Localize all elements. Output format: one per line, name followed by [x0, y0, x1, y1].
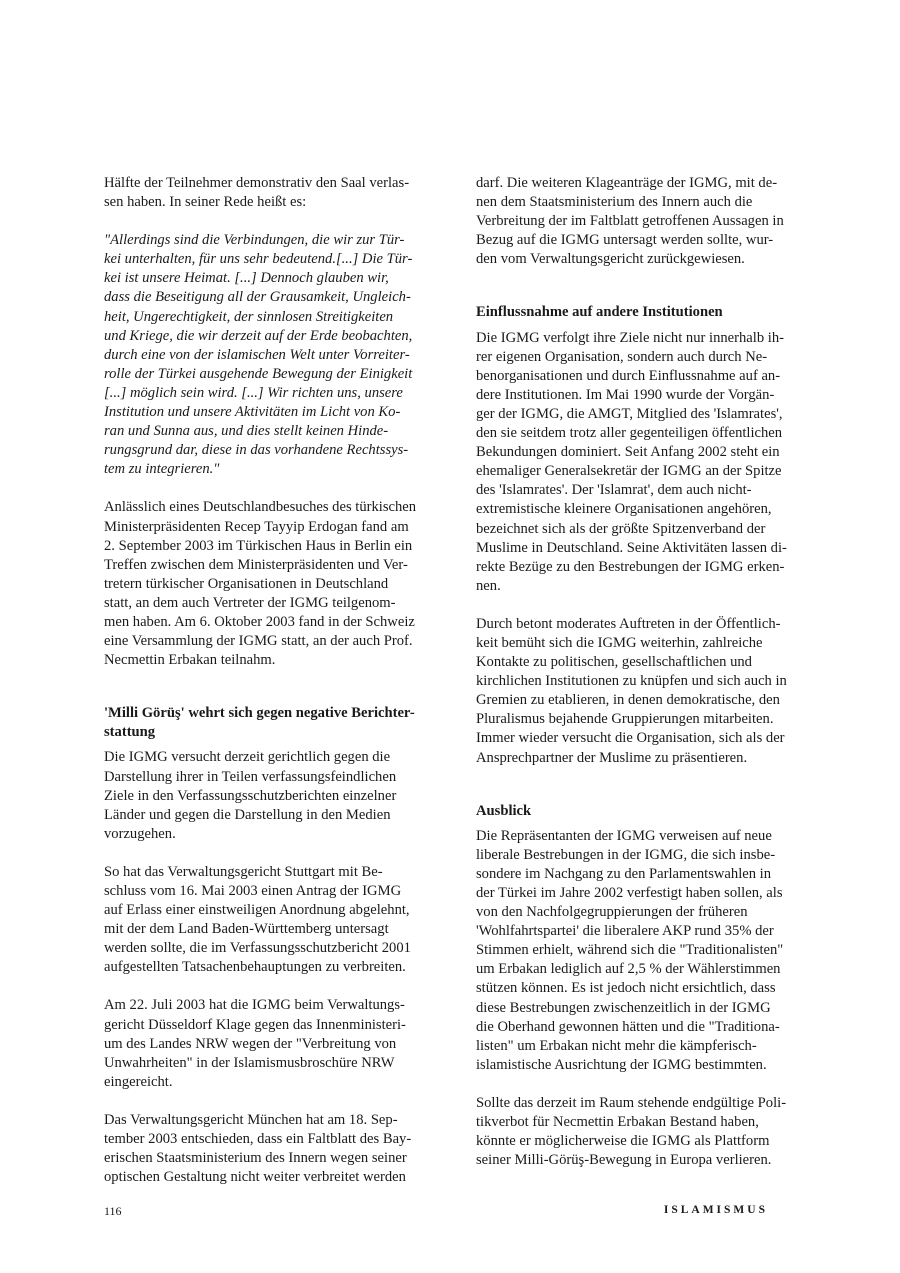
text-line: islamistische Ausrichtung der IGMG besti… [476, 1056, 806, 1075]
text-line: um Erbakan lediglich auf 2,5 % der Wähle… [476, 960, 806, 979]
text-line: kei ist unsere Heimat. [...] Dennoch gla… [104, 269, 434, 288]
text-line: Gremien zu etablieren, in denen demokrat… [476, 691, 806, 710]
text-line: Institution und unsere Aktivitäten im Li… [104, 403, 434, 422]
text-line: Ziele in den Verfassungsschutzberichten … [104, 787, 434, 806]
text-line: tember 2003 entschieden, dass ein Faltbl… [104, 1130, 434, 1149]
text-line: ran und Sunna aus, und dies stellt keine… [104, 422, 434, 441]
page-footer: 116 ISLAMISMUS [104, 1204, 768, 1220]
text-line: Am 22. Juli 2003 hat die IGMG beim Verwa… [104, 996, 434, 1015]
paragraph: Die IGMG verfolgt ihre Ziele nicht nur i… [476, 329, 806, 596]
text-line: Verbreitung der im Faltblatt getroffenen… [476, 212, 806, 231]
text-line: könnte er möglicherweise die IGMG als Pl… [476, 1132, 806, 1151]
text-line: Einflussnahme auf andere Institutionen [476, 303, 806, 322]
text-line: Necmettin Erbakan teilnahm. [104, 651, 434, 670]
text-line: den vom Verwaltungsgericht zurückgewiese… [476, 250, 806, 269]
text-line: seiner Milli-Görüş-Bewegung in Europa ve… [476, 1151, 806, 1170]
text-line: heit, Ungerechtigkeit, der sinnlosen Str… [104, 308, 434, 327]
text-line: Muslime in Deutschland. Seine Aktivitäte… [476, 539, 806, 558]
text-line: der Türkei im Jahre 2002 verfestigt habe… [476, 884, 806, 903]
text-line: rer eigenen Organisation, sondern auch d… [476, 348, 806, 367]
text-line: 'Wohlfahrtspartei' die liberalere AKP ru… [476, 922, 806, 941]
text-line: werden sollte, die im Verfassungsschutzb… [104, 939, 434, 958]
text-line: 'Milli Görüş' wehrt sich gegen negative … [104, 704, 434, 723]
section-heading: Einflussnahme auf andere Institutionen [476, 303, 806, 322]
text-line: [...] möglich sein wird. [...] Wir richt… [104, 384, 434, 403]
text-line: Darstellung ihrer in Teilen verfassungsf… [104, 768, 434, 787]
text-line: Kontakte zu politischen, gesellschaftlic… [476, 653, 806, 672]
text-line: ger der IGMG, die AMGT, Mitglied des 'Is… [476, 405, 806, 424]
text-line: optischen Gestaltung nicht weiter verbre… [104, 1168, 434, 1187]
text-line: des 'Islamrates'. Der 'Islamrat', dem au… [476, 481, 806, 500]
text-line: dere Institutionen. Im Mai 1990 wurde de… [476, 386, 806, 405]
text-line: "Allerdings sind die Verbindungen, die w… [104, 231, 434, 250]
text-line: stattung [104, 723, 434, 742]
text-line: liberale Bestrebungen in der IGMG, die s… [476, 846, 806, 865]
text-line: Ministerpräsidenten Recep Tayyip Erdogan… [104, 518, 434, 537]
quotation: "Allerdings sind die Verbindungen, die w… [104, 231, 434, 479]
page-number: 116 [104, 1204, 122, 1219]
text-line: extremistische kleinere Organisationen a… [476, 500, 806, 519]
text-line: sondere im Nachgang zu den Parlamentswah… [476, 865, 806, 884]
paragraph: Das Verwaltungsgericht München hat am 18… [104, 1111, 434, 1187]
text-line: Hälfte der Teilnehmer demonstrativ den S… [104, 174, 434, 193]
text-line: und Kriege, die wir derzeit auf der Erde… [104, 327, 434, 346]
paragraph: Anlässlich eines Deutschlandbesuches des… [104, 498, 434, 670]
running-title: ISLAMISMUS [664, 1204, 768, 1216]
paragraph: darf. Die weiteren Klageanträge der IGMG… [476, 174, 806, 269]
text-line: benorganisationen und durch Einflussnahm… [476, 367, 806, 386]
text-line: tikverbot für Necmettin Erbakan Bestand … [476, 1113, 806, 1132]
text-line: So hat das Verwaltungsgericht Stuttgart … [104, 863, 434, 882]
section-heading: Ausblick [476, 802, 806, 821]
text-line: Länder und gegen die Darstellung in den … [104, 806, 434, 825]
text-line: schluss vom 16. Mai 2003 einen Antrag de… [104, 882, 434, 901]
text-line: auf Erlass einer einstweiligen Anordnung… [104, 901, 434, 920]
paragraph: Am 22. Juli 2003 hat die IGMG beim Verwa… [104, 996, 434, 1091]
text-line: men haben. Am 6. Oktober 2003 fand in de… [104, 613, 434, 632]
text-line: aufgestellten Tatsachenbehauptungen zu v… [104, 958, 434, 977]
text-line: nen dem Staatsministerium des Innern auc… [476, 193, 806, 212]
paragraph: So hat das Verwaltungsgericht Stuttgart … [104, 863, 434, 978]
text-line: Sollte das derzeit im Raum stehende endg… [476, 1094, 806, 1113]
text-line: von den Nachfolgegruppierungen der frühe… [476, 903, 806, 922]
text-line: eingereicht. [104, 1073, 434, 1092]
text-line: diese Bestrebungen zwischenzeitlich in d… [476, 999, 806, 1018]
text-line: dass die Beseitigung all der Grausamkeit… [104, 288, 434, 307]
text-line: die Oberhand gewonnen hätten und die "Tr… [476, 1018, 806, 1037]
paragraph: Durch betont moderates Auftreten in der … [476, 615, 806, 768]
text-line: Pluralismus bejahende Gruppierungen mita… [476, 710, 806, 729]
text-line: Stimmen erhielt, während sich die "Tradi… [476, 941, 806, 960]
text-line: statt, an dem auch Vertreter der IGMG te… [104, 594, 434, 613]
text-line: Treffen zwischen dem Ministerpräsidenten… [104, 556, 434, 575]
text-line: keit bemüht sich die IGMG weiterhin, zah… [476, 634, 806, 653]
section-heading: 'Milli Görüş' wehrt sich gegen negative … [104, 704, 434, 742]
text-line: ehemaliger Generalsekretär der IGMG an d… [476, 462, 806, 481]
text-line: rungsgrund dar, diese in das vorhandene … [104, 441, 434, 460]
text-line: kirchlichen Institutionen zu knüpfen und… [476, 672, 806, 691]
text-line: mit der dem Land Baden-Württemberg unter… [104, 920, 434, 939]
text-line: erischen Staatsministerium des Innern we… [104, 1149, 434, 1168]
text-line: Durch betont moderates Auftreten in der … [476, 615, 806, 634]
text-line: tretern türkischer Organisationen in Deu… [104, 575, 434, 594]
text-line: Anlässlich eines Deutschlandbesuches des… [104, 498, 434, 517]
text-line: tem zu integrieren." [104, 460, 434, 479]
text-line: Bezug auf die IGMG untersagt werden soll… [476, 231, 806, 250]
text-line: darf. Die weiteren Klageanträge der IGMG… [476, 174, 806, 193]
text-line: Ausblick [476, 802, 806, 821]
text-line: um des Landes NRW wegen der "Verbreitung… [104, 1035, 434, 1054]
text-line: Die IGMG versucht derzeit gerichtlich ge… [104, 748, 434, 767]
text-line: den sie seitdem trotz aller gegenteilige… [476, 424, 806, 443]
text-line: sen haben. In seiner Rede heißt es: [104, 193, 434, 212]
text-line: bezeichnet sich als der größte Spitzenve… [476, 520, 806, 539]
text-line: gericht Düsseldorf Klage gegen das Innen… [104, 1016, 434, 1035]
paragraph: Die Repräsentanten der IGMG verweisen au… [476, 827, 806, 1075]
text-line: Bekundungen dominiert. Seit Anfang 2002 … [476, 443, 806, 462]
text-line: listen" um Erbakan nicht mehr die kämpfe… [476, 1037, 806, 1056]
text-line: rekte Bezüge zu den Bestrebungen der IGM… [476, 558, 806, 577]
text-line: Die Repräsentanten der IGMG verweisen au… [476, 827, 806, 846]
text-line: 2. September 2003 im Türkischen Haus in … [104, 537, 434, 556]
text-line: kei unterhalten, für uns sehr bedeutend.… [104, 250, 434, 269]
text-line: stützen können. Es ist jedoch nicht ersi… [476, 979, 806, 998]
paragraph: Sollte das derzeit im Raum stehende endg… [476, 1094, 806, 1170]
right-column: darf. Die weiteren Klageanträge der IGMG… [476, 174, 806, 1170]
left-column: Hälfte der Teilnehmer demonstrativ den S… [104, 174, 434, 1187]
text-line: durch eine von der islamischen Welt unte… [104, 346, 434, 365]
text-line: Immer wieder versucht die Organisation, … [476, 729, 806, 748]
text-line: eine Versammlung der IGMG statt, an der … [104, 632, 434, 651]
paragraph: Hälfte der Teilnehmer demonstrativ den S… [104, 174, 434, 212]
text-line: nen. [476, 577, 806, 596]
text-line: Das Verwaltungsgericht München hat am 18… [104, 1111, 434, 1130]
paragraph: Die IGMG versucht derzeit gerichtlich ge… [104, 748, 434, 843]
text-line: rolle der Türkei ausgehende Bewegung der… [104, 365, 434, 384]
text-line: Unwahrheiten" in der Islamismusbroschüre… [104, 1054, 434, 1073]
text-line: vorzugehen. [104, 825, 434, 844]
text-line: Ansprechpartner der Muslime zu präsentie… [476, 749, 806, 768]
text-line: Die IGMG verfolgt ihre Ziele nicht nur i… [476, 329, 806, 348]
